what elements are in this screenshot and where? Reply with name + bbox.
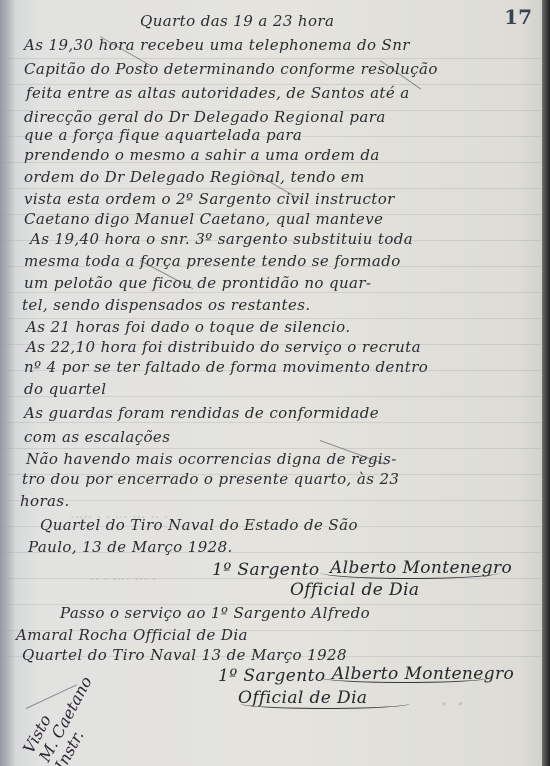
entry-line: do quartel [24, 380, 106, 398]
ruled-line [0, 500, 542, 501]
entry-line: Caetano digo Manuel Caetano, qual mantev… [24, 210, 383, 228]
entry-line: que a força fique aquartelada para [24, 126, 302, 144]
entry-heading: Quarto das 19 a 23 hora [140, 12, 334, 30]
ruled-line [0, 292, 542, 293]
signature-rank: 1º Sargento [218, 666, 325, 686]
entry-line: Capitão do Posto determinando conforme r… [24, 60, 438, 78]
entry-line: vista esta ordem o 2º Sargento civil ins… [24, 190, 395, 208]
entry-line: tel, sendo dispensados os restantes. [22, 296, 311, 314]
entry-line: horas. [20, 492, 70, 510]
signature-rank: 1º Sargento [212, 560, 319, 580]
entry-line: um pelotão que ficou de prontidão no qua… [24, 274, 371, 292]
entry-line: As 19,40 hora o snr. 3º sargento substit… [30, 230, 413, 248]
ruled-line [0, 188, 542, 189]
bleed-through-text: ·· · ···· ··· · [90, 572, 157, 588]
signature-role: Official de Dia [290, 580, 419, 600]
bleed-through-text: · · [440, 690, 465, 720]
signature-flourish [240, 698, 410, 709]
ruled-line [0, 422, 542, 423]
entry-line: direcção geral do Dr Delegado Regional p… [24, 108, 386, 126]
entry-line: As 21 horas foi dado o toque de silencio… [26, 318, 351, 336]
entry-line: ordem do Dr Delegado Regional, tendo em [24, 168, 365, 186]
entry-line: prendendo o mesmo a sahir a uma ordem da [24, 146, 380, 164]
entry-line: Paulo, 13 de Março 1928. [28, 538, 233, 556]
entry-line: feita entre as altas autoridades, de San… [26, 84, 410, 102]
handover-line: Quartel do Tiro Naval 13 de Março 1928 [22, 646, 347, 664]
page-number: 17 [504, 5, 532, 29]
entry-line: tro dou por encerrado o presente quarto,… [22, 470, 399, 488]
binding-shadow [0, 0, 16, 766]
entry-line: As 22,10 hora foi distribuido do serviço… [26, 338, 421, 356]
signature-flourish [320, 672, 490, 683]
marginal-note: Visto M. Caetano Instr. [20, 665, 112, 766]
entry-line: nº 4 por se ter faltado de forma movimen… [24, 358, 428, 376]
ruled-line [0, 58, 542, 59]
entry-line: As guardas foram rendidas de conformidad… [24, 404, 379, 422]
handover-line: Amaral Rocha Official de Dia [16, 626, 248, 644]
ruled-line [0, 448, 542, 449]
entry-line: As 19,30 hora recebeu uma telephonema do… [24, 36, 410, 54]
page-edge [542, 0, 550, 766]
entry-line: Quartel do Tiro Naval do Estado de São [40, 516, 358, 534]
entry-line: com as escalações [24, 428, 170, 446]
signature-flourish [320, 566, 500, 579]
handover-line: Passo o serviço ao 1º Sargento Alfredo [60, 604, 370, 622]
entry-line: Não havendo mais ocorrencias digna de re… [26, 450, 397, 468]
entry-line: mesma toda a força presente tendo se for… [24, 252, 401, 270]
ledger-page: ····· · · ··· ··· ·· · ·· · ···· ··· · ·… [0, 0, 542, 766]
